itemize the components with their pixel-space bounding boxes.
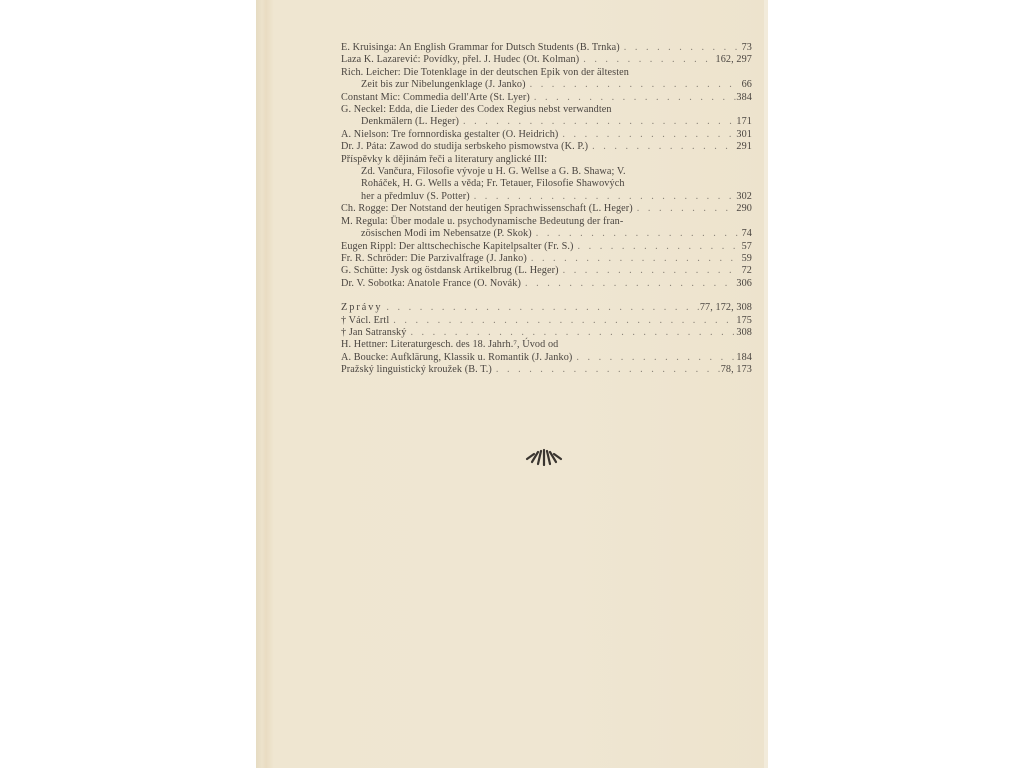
entry-pages: 291 (736, 141, 752, 153)
toc-entry: Příspěvky k dějinám řeči a literatury an… (341, 154, 752, 204)
leader-dots (382, 302, 699, 314)
entry-line: Denkmälern (L. Heger) 171 (341, 116, 752, 128)
leader-dots (389, 315, 736, 327)
leader-dots (470, 191, 737, 203)
leader-dots (521, 278, 736, 290)
toc-entry: Rich. Leicher: Die Totenklage in der deu… (341, 67, 752, 92)
leader-dots (574, 241, 739, 253)
entry-title: † Jan Satranský (341, 327, 406, 339)
toc-entry: Fr. R. Schröder: Die Parzivalfrage (J. J… (341, 253, 752, 265)
leader-dots (588, 141, 736, 153)
toc-entry: Dr. J. Páta: Zawod do studija serbskeho … (341, 141, 752, 153)
toc-entry: Dr. V. Sobotka: Anatole France (O. Novák… (341, 278, 752, 290)
toc-entry: M. Regula: Über modale u. psychodynamisc… (341, 216, 752, 241)
entry-title: Dr. V. Sobotka: Anatole France (O. Novák… (341, 278, 521, 290)
leader-dots (620, 42, 738, 54)
section-gap (341, 290, 752, 302)
book-page: E. Kruisinga: An English Grammar for Dut… (256, 0, 768, 768)
toc-entry: G. Neckel: Edda, die Lieder des Codex Re… (341, 104, 752, 129)
entry-pages: 384 (736, 92, 752, 104)
toc-entry: † Václ. Ertl 175 (341, 315, 752, 327)
entry-title: A. Boucke: Aufklärung, Klassik u. Romant… (341, 352, 572, 364)
leader-dots (532, 228, 738, 240)
entry-pages: 302 (736, 191, 752, 203)
leader-dots (559, 265, 738, 277)
entry-title: Eugen Rippl: Der alttschechische Kapitel… (341, 241, 574, 253)
entry-pages: 184 (736, 352, 752, 364)
entry-title-cont: Zeit bis zur Nibelungenklage (J. Janko) (361, 79, 526, 91)
leader-dots (459, 116, 736, 128)
entry-title: Pražský linguistický kroužek (B. T.) (341, 364, 492, 376)
toc-entry: Eugen Rippl: Der alttschechische Kapitel… (341, 241, 752, 253)
toc-entry: A. Nielson: Tre fornnordiska gestalter (… (341, 129, 752, 141)
entry-title: Ch. Rogge: Der Notstand der heutigen Spr… (341, 203, 633, 215)
toc-entry: Constant Mic: Commedia dell'Arte (St. Ly… (341, 92, 752, 104)
entry-pages: 308 (736, 327, 752, 339)
toc-entry: A. Boucke: Aufklärung, Klassik u. Romant… (341, 352, 752, 364)
entry-pages: 57 (738, 241, 752, 253)
entry-title: Příspěvky k dějinám řeči a literatury an… (341, 154, 752, 166)
entry-title: G. Schütte: Jysk og östdansk Artikelbrug… (341, 265, 559, 277)
leader-dots (526, 79, 738, 91)
entry-title-cont: zösischen Modi im Nebensatze (P. Skok) (361, 228, 532, 240)
leader-dots (579, 54, 715, 66)
entry-pages: 290 (736, 203, 752, 215)
entry-title: G. Neckel: Edda, die Lieder des Codex Re… (341, 104, 752, 116)
entry-line: Zd. Vančura, Filosofie vývoje u H. G. We… (341, 166, 752, 178)
entry-pages: 74 (738, 228, 752, 240)
entry-title: M. Regula: Über modale u. psychodynamisc… (341, 216, 752, 228)
fan-ornament-icon (524, 444, 564, 466)
leader-dots (633, 203, 737, 215)
entry-pages: 72 (738, 265, 752, 277)
entry-title-cont: her a předmluv (S. Potter) (361, 191, 470, 203)
entry-title: Laza K. Lazarević: Povídky, přel. J. Hud… (341, 54, 579, 66)
toc-entry: Ch. Rogge: Der Notstand der heutigen Spr… (341, 203, 752, 215)
entry-pages: 306 (736, 278, 752, 290)
leader-dots (572, 352, 736, 364)
entry-title: H. Hettner: Literaturgesch. des 18. Jahr… (341, 339, 558, 351)
entry-pages: 77, 172, 308 (700, 302, 752, 314)
section-title: Zprávy (341, 302, 382, 314)
toc-entry: Pražský linguistický kroužek (B. T.) 78,… (341, 364, 752, 376)
entry-pages: 73 (738, 42, 752, 54)
entry-pages: 301 (736, 129, 752, 141)
entry-pages: 162, 297 (716, 54, 752, 66)
entry-title: A. Nielson: Tre fornnordiska gestalter (… (341, 129, 558, 141)
table-of-contents: E. Kruisinga: An English Grammar for Dut… (341, 42, 752, 377)
entry-title: Dr. J. Páta: Zawod do studija serbskeho … (341, 141, 588, 153)
entry-title: E. Kruisinga: An English Grammar for Dut… (341, 42, 620, 54)
leader-dots (406, 327, 736, 339)
entry-pages: 171 (736, 116, 752, 128)
entry-title: † Václ. Ertl (341, 315, 389, 327)
entry-line: Zeit bis zur Nibelungenklage (J. Janko) … (341, 79, 752, 91)
leader-dots (530, 92, 736, 104)
leader-dots (492, 364, 721, 376)
toc-entry: G. Schütte: Jysk og östdansk Artikelbrug… (341, 265, 752, 277)
entry-line: her a předmluv (S. Potter) 302 (341, 191, 752, 203)
toc-entry-news: Zprávy 77, 172, 308 (341, 302, 752, 314)
entry-line: Roháček, H. G. Wells a věda; Fr. Tetauer… (341, 178, 752, 190)
entry-line: zösischen Modi im Nebensatze (P. Skok) 7… (341, 228, 752, 240)
leader-dots (527, 253, 738, 265)
entry-title: Fr. R. Schröder: Die Parzivalfrage (J. J… (341, 253, 527, 265)
entry-title: Rich. Leicher: Die Totenklage in der deu… (341, 67, 752, 79)
toc-entry: Laza K. Lazarević: Povídky, přel. J. Hud… (341, 54, 752, 66)
entry-pages: 66 (738, 79, 752, 91)
toc-entry: H. Hettner: Literaturgesch. des 18. Jahr… (341, 339, 752, 351)
leader-dots (558, 129, 736, 141)
entry-pages: 175 (736, 315, 752, 327)
toc-entry: † Jan Satranský 308 (341, 327, 752, 339)
entry-title: Constant Mic: Commedia dell'Arte (St. Ly… (341, 92, 530, 104)
entry-title-cont: Denkmälern (L. Heger) (361, 116, 459, 128)
entry-pages: 59 (738, 253, 752, 265)
entry-pages: 78, 173 (721, 364, 752, 376)
toc-entry: E. Kruisinga: An English Grammar for Dut… (341, 42, 752, 54)
